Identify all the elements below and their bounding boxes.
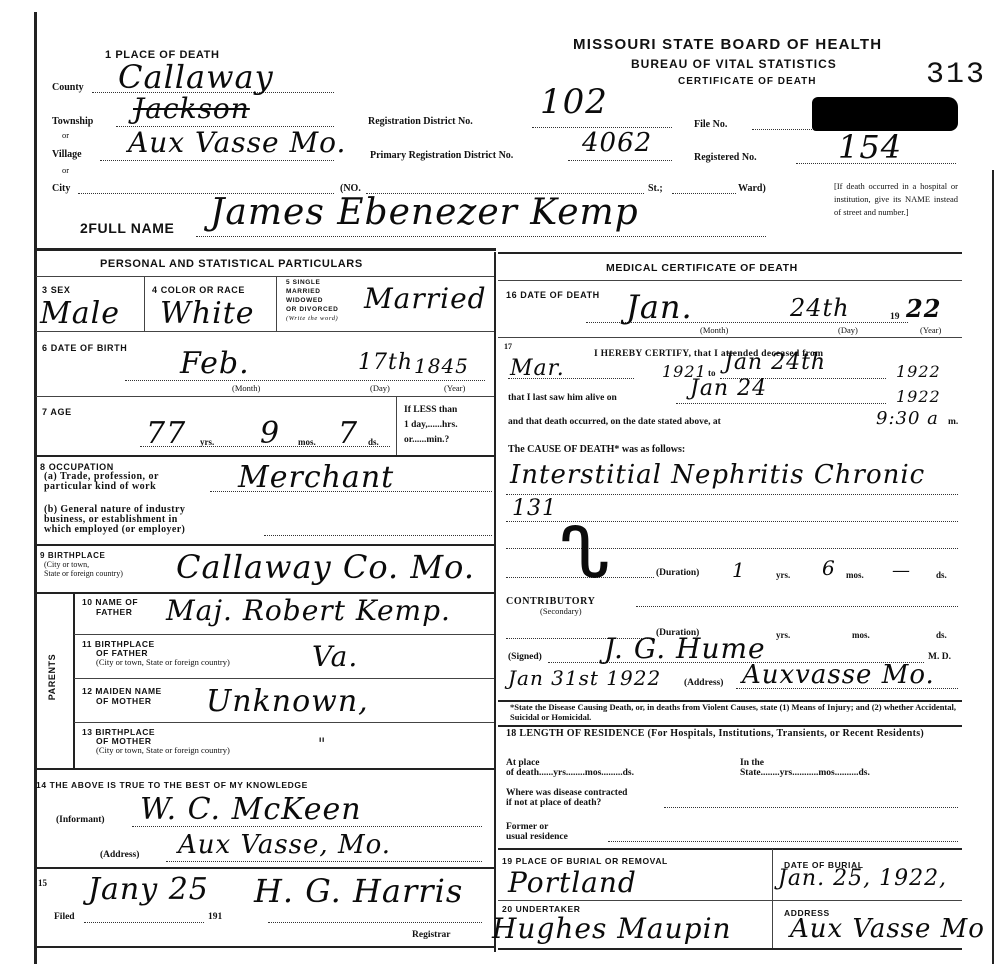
village-value: Aux Vasse Mo. — [128, 126, 346, 159]
burial-date-value: Jan. 25, 1922, — [778, 866, 947, 891]
less-than-divider — [396, 397, 397, 455]
age-months-unit: mos. — [298, 437, 316, 447]
dob-day: 17th — [358, 350, 413, 375]
informant-heading: 14 THE ABOVE IS TRUE TO THE BEST OF MY K… — [36, 780, 308, 790]
medical-heading-divider — [498, 280, 962, 281]
mother-label-line-2: OF MOTHER — [82, 696, 162, 706]
ward-line — [672, 193, 736, 194]
footnote: *State the Disease Causing Death, or, in… — [510, 702, 956, 722]
full-name-label: 2FULL NAME — [80, 220, 174, 236]
filed-date-value: Jany 25 — [88, 872, 209, 907]
left-section-right-border — [494, 252, 496, 952]
age-months: 9 — [260, 416, 280, 451]
marital-labels: 5 SINGLE MARRIED WIDOWED OR DIVORCED (Wr… — [286, 278, 338, 323]
duration-months-unit: mos. — [846, 570, 864, 580]
sex-label: 3 SEX — [42, 285, 71, 295]
marital-divorced: OR DIVORCED — [286, 305, 338, 314]
age-days-unit: ds. — [368, 437, 379, 447]
medical-divider-4 — [498, 848, 962, 850]
dod-day-caption: (Day) — [838, 325, 858, 335]
village-label: Village — [52, 149, 82, 160]
cause-line-1 — [506, 494, 958, 495]
birthplace-sub-line-1: (City or town, — [44, 560, 123, 569]
father-birthplace-value: Va. — [312, 640, 358, 673]
left-border — [34, 12, 37, 964]
secondary-label: (Secondary) — [540, 606, 582, 616]
burial-divider — [772, 849, 773, 949]
age-years-unit: yrs. — [200, 437, 214, 447]
duration-days-unit: ds. — [936, 570, 947, 580]
dod-year-prefix: 19 — [890, 312, 900, 322]
physician-address-label: (Address) — [684, 678, 723, 688]
registered-no-label: Registered No. — [694, 152, 757, 163]
registration-district-label: Registration District No. — [368, 116, 473, 127]
informant-address-line — [166, 861, 482, 862]
contributory-yrs: yrs. — [776, 630, 790, 640]
attended-from-value: Mar. — [510, 356, 565, 381]
parents-divider-2 — [74, 678, 494, 679]
bureau-title: BUREAU OF VITAL STATISTICS — [631, 57, 837, 71]
parents-column-divider — [73, 594, 75, 768]
disease-contracted: Where was disease contracted if not at p… — [506, 788, 627, 808]
mother-label-line-1: 12 MAIDEN NAME — [82, 686, 162, 696]
personal-heading: PERSONAL AND STATISTICAL PARTICULARS — [100, 258, 363, 270]
at-place-of-death: At place of death......yrs........mos...… — [506, 758, 634, 778]
race-label: 4 COLOR OR RACE — [152, 285, 245, 295]
less-than-line-2: 1 day,......hrs. — [404, 418, 458, 433]
mother-name-label: 12 MAIDEN NAME OF MOTHER — [82, 686, 162, 706]
file-no-label: File No. — [694, 119, 727, 130]
race-marital-divider — [276, 277, 277, 331]
father-name-label: 10 NAME OF FATHER — [82, 597, 138, 617]
less-than-line-1: If LESS than — [404, 403, 458, 418]
duration-days: — — [892, 560, 911, 581]
parents-divider-1 — [74, 634, 494, 635]
contracted-line — [664, 807, 958, 808]
father-label-line-1: 10 NAME OF — [82, 597, 138, 607]
time-suffix: m. — [948, 417, 958, 427]
race-value: White — [160, 296, 255, 331]
contributory-line — [636, 606, 958, 607]
birthplace-value: Callaway Co. Mo. — [176, 548, 475, 586]
at-place-line-1: At place — [506, 758, 634, 768]
undertaker-address-value: Aux Vasse Mo — [790, 914, 985, 944]
occupation-b-line-3: which employed (or employer) — [44, 525, 185, 535]
in-state-line-2: State........yrs...........mos..........… — [740, 768, 870, 778]
city-label: City — [52, 183, 70, 194]
bottom-left-border — [36, 946, 494, 948]
cause-value: Interstitial Nephritis Chronic — [510, 460, 925, 490]
dod-month: Jan. — [626, 288, 693, 326]
row-divider-4 — [36, 544, 494, 546]
in-state-line-1: In the — [740, 758, 870, 768]
last-saw-line — [676, 403, 886, 404]
row-divider-3 — [36, 455, 494, 457]
certify-number: 17 — [504, 342, 512, 351]
row-divider-7 — [36, 867, 494, 869]
former-line-1: Former or — [506, 822, 568, 832]
dob-label: 6 DATE OF BIRTH — [42, 343, 127, 353]
primary-district-line — [568, 160, 672, 161]
or-label-1: or — [62, 130, 69, 140]
occupation-value: Merchant — [238, 460, 394, 495]
occupation-a-line-2: particular kind of work — [44, 482, 159, 492]
certificate-title: CERTIFICATE OF DEATH — [678, 76, 817, 87]
township-label: Township — [52, 116, 93, 127]
duration-label: (Duration) — [656, 568, 699, 578]
annotation-mark: ᔐ — [560, 512, 611, 594]
marital-write-note: (Write the word) — [286, 314, 338, 323]
marital-single: 5 SINGLE — [286, 278, 338, 287]
right-border — [992, 170, 994, 964]
last-saw-value: Jan 24 — [690, 376, 767, 401]
birthplace-sub-label: (City or town, State or foreign country) — [44, 560, 123, 578]
to-year: 1922 — [896, 362, 941, 381]
birthplace-label: 9 BIRTHPLACE — [40, 551, 105, 560]
registrar-line — [268, 922, 482, 923]
marital-married: MARRIED — [286, 287, 338, 296]
marital-value: Married — [364, 282, 487, 315]
parents-label: PARENTS — [47, 647, 57, 707]
ward-label: Ward) — [738, 183, 766, 194]
township-value: Jackson — [133, 92, 250, 125]
age-days: 7 — [338, 416, 358, 451]
medical-heading: MEDICAL CERTIFICATE OF DEATH — [606, 262, 798, 274]
full-name-value: James Ebenezer Kemp — [210, 192, 639, 233]
row-divider-2 — [36, 396, 494, 397]
contributory-mos: mos. — [852, 630, 870, 640]
duration-months: 6 — [822, 556, 836, 580]
marital-widowed: WIDOWED — [286, 296, 338, 305]
primary-district-label: Primary Registration District No. — [370, 150, 513, 161]
name-divider — [36, 248, 496, 251]
cause-code: 131 — [512, 496, 557, 521]
time-value: 9:30 a — [876, 408, 939, 429]
last-saw-year: 1922 — [896, 387, 941, 406]
mother-bp-line-3: (City or town, State or foreign country) — [82, 746, 230, 755]
filed-number: 15 — [38, 878, 47, 888]
father-label-line-2: FATHER — [82, 607, 138, 617]
dod-label: 16 DATE OF DEATH — [506, 290, 600, 300]
mother-value: Unknown, — [206, 684, 369, 719]
signed-label: (Signed) — [508, 652, 542, 662]
hospital-note: [If death occurred in a hospital or inst… — [834, 180, 958, 219]
employer-line — [264, 535, 492, 536]
file-no-line — [752, 129, 812, 130]
row-divider-1 — [36, 331, 494, 332]
age-years: 77 — [146, 416, 186, 451]
dob-month: Feb. — [180, 346, 250, 381]
redacted-file-number — [812, 97, 958, 131]
burial-place-label: 19 PLACE OF BURIAL OR REMOVAL — [502, 856, 668, 866]
dod-month-caption: (Month) — [700, 325, 728, 335]
parents-divider-3 — [74, 722, 494, 723]
occupation-b-label: (b) General nature of industry business,… — [44, 505, 185, 535]
dob-line — [125, 380, 485, 381]
contracted-line-2: if not at place of death? — [506, 798, 627, 808]
sex-value: Male — [40, 296, 120, 331]
undertaker-value: Hughes Maupin — [492, 912, 732, 945]
less-than-box: If LESS than 1 day,......hrs. or......mi… — [404, 403, 458, 448]
dob-month-caption: (Month) — [232, 383, 260, 393]
full-name-line — [196, 236, 766, 237]
less-than-line-3: or......min.? — [404, 433, 458, 448]
or-label-2: or — [62, 165, 69, 175]
filed-date-line — [84, 922, 204, 923]
signed-date: Jan 31st 1922 — [508, 666, 661, 690]
attended-to-value: Jan 24th — [724, 350, 826, 375]
dob-year-caption: (Year) — [444, 383, 465, 393]
mother-birthplace-label: 13 BIRTHPLACE OF MOTHER (City or town, S… — [82, 728, 230, 755]
father-value: Maj. Robert Kemp. — [166, 594, 451, 627]
informant-address-value: Aux Vasse, Mo. — [178, 830, 391, 860]
residence-label: 18 LENGTH OF RESIDENCE (For Hospitals, I… — [506, 728, 960, 739]
county-label: County — [52, 82, 84, 93]
bottom-right-border — [498, 948, 962, 950]
registrar-signature: H. G. Harris — [254, 872, 463, 910]
cause-label: The CAUSE OF DEATH* was as follows: — [508, 444, 685, 455]
former-residence-line — [608, 841, 958, 842]
filed-year-prefix: 191 — [208, 912, 222, 922]
medical-top-border — [498, 252, 962, 254]
registration-district-value: 102 — [540, 82, 608, 122]
dod-day: 24th — [790, 294, 850, 322]
registered-no-value: 154 — [838, 128, 902, 166]
occupation-a-label: (a) Trade, profession, or particular kin… — [44, 472, 159, 492]
in-the-state: In the State........yrs...........mos...… — [740, 758, 870, 778]
last-saw-label: that I last saw him alive on — [508, 393, 617, 403]
burial-place-value: Portland — [508, 866, 637, 899]
contracted-line-1: Where was disease contracted — [506, 788, 627, 798]
at-place-line-2: of death......yrs........mos.........ds. — [506, 768, 634, 778]
physician-address-value: Auxvasse Mo. — [742, 660, 935, 690]
duration-years: 1 — [732, 558, 746, 582]
personal-heading-divider — [36, 276, 494, 277]
dob-year: 1845 — [414, 354, 469, 378]
dod-year: 22 — [906, 294, 941, 323]
board-title: MISSOURI STATE BOARD OF HEALTH — [573, 36, 882, 53]
father-birthplace-label: 11 BIRTHPLACE OF FATHER (City or town, S… — [82, 640, 230, 667]
certificate-number: 313 — [926, 58, 986, 92]
informant-value: W. C. McKeen — [140, 792, 362, 827]
filed-label: Filed — [54, 912, 75, 922]
birthplace-sub-line-2: State or foreign country) — [44, 569, 123, 578]
former-residence: Former or usual residence — [506, 822, 568, 842]
burial-bottom-divider — [498, 900, 962, 901]
age-label: 7 AGE — [42, 407, 72, 417]
former-line-2: usual residence — [506, 832, 568, 842]
dob-day-caption: (Day) — [370, 383, 390, 393]
medical-divider-1 — [498, 337, 962, 338]
dod-year-caption: (Year) — [920, 325, 941, 335]
village-line — [100, 160, 334, 161]
occurred-label: and that death occurred, on the date sta… — [508, 417, 721, 427]
duration-years-unit: yrs. — [776, 570, 790, 580]
st-label: St.; — [648, 183, 663, 194]
primary-district-value: 4062 — [582, 128, 652, 158]
sex-race-divider — [144, 277, 145, 331]
contributory-ds: ds. — [936, 630, 947, 640]
mother-birthplace-value: " — [318, 734, 326, 753]
informant-label: (Informant) — [56, 815, 105, 825]
medical-divider-3 — [498, 725, 962, 727]
registrar-label: Registrar — [412, 930, 451, 940]
county-value: Callaway — [118, 58, 274, 96]
father-bp-line-3: (City or town, State or foreign country) — [82, 658, 230, 667]
row-divider-6 — [36, 768, 494, 770]
informant-address-label: (Address) — [100, 850, 139, 860]
